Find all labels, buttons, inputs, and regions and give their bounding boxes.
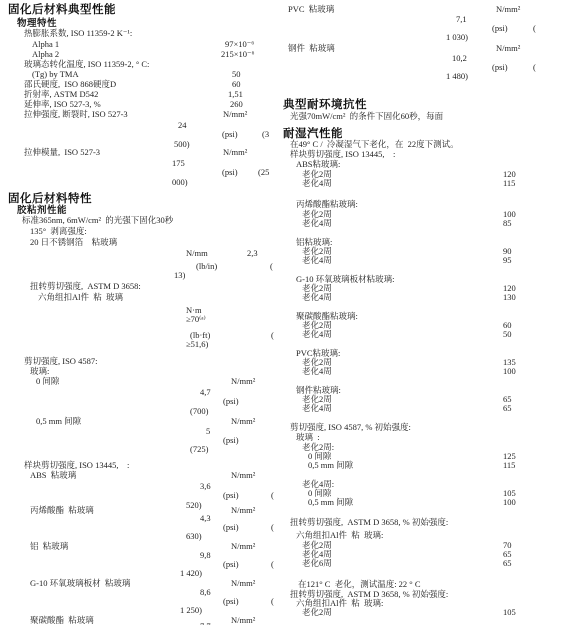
text-line: (725): [190, 445, 208, 454]
text-line: 老化4周: [302, 219, 332, 228]
text-line: 630): [186, 532, 202, 541]
text-line: 3,6: [200, 482, 211, 491]
text-line: 玻璃 :: [296, 433, 320, 442]
text-line: PVC 粘玻璃: [288, 5, 334, 14]
text-line: 扭转剪切强度, ASTM D 3658:: [30, 282, 141, 291]
text-line: (: [271, 331, 274, 340]
text-line: 100: [503, 367, 516, 376]
text-line: (psi): [222, 168, 238, 177]
text-line: (: [533, 63, 536, 72]
text-line: (psi): [223, 597, 239, 606]
text-line: N/mm²: [231, 377, 255, 386]
text-line: (: [271, 523, 274, 532]
text-line: ABS 粘玻璃: [30, 471, 76, 480]
text-line: 折射率, ASTM D542: [24, 90, 98, 99]
text-line: N/mm²: [496, 44, 520, 53]
text-line: N/mm²: [231, 542, 255, 551]
section-heading: 典型耐环境抗性: [283, 99, 367, 111]
text-line: 1 250): [180, 606, 202, 615]
text-line: 老化4周: [302, 256, 332, 265]
text-line: N/mm²: [223, 110, 247, 119]
text-line: 热膨胀系数, ISO 11359-2 K⁻¹:: [24, 29, 132, 38]
text-line: 0,5 mm 间隙: [36, 417, 81, 426]
text-line: 60: [232, 80, 241, 89]
text-line: 4,7: [200, 388, 211, 397]
text-line: 钢件 粘玻璃: [288, 44, 335, 53]
text-line: 175: [172, 159, 185, 168]
text-line: 0,5 mm 间隙: [308, 498, 353, 507]
section-heading: 固化后材料典型性能: [8, 4, 116, 16]
text-line: N/mm²: [223, 148, 247, 157]
text-line: (3: [262, 130, 269, 139]
text-line: N/mm²: [231, 579, 255, 588]
text-line: 50: [503, 330, 512, 339]
text-line: N/mm²: [231, 417, 255, 426]
text-line: 0,5 mm 间隙: [308, 461, 353, 470]
text-line: 215×10⁻⁶: [221, 50, 255, 59]
text-line: 0 间隙: [36, 377, 59, 386]
text-line: 65: [503, 404, 512, 413]
text-line: 50: [232, 70, 241, 79]
text-line: Alpha 1: [32, 40, 59, 49]
text-line: N/mm: [186, 249, 208, 258]
text-line: (psi): [223, 491, 239, 500]
text-line: 标准365nm, 6mW/cm² 的光强下固化30秒: [22, 216, 173, 225]
text-line: 在121° C 老化，测试温度: 22 ° C: [298, 580, 421, 589]
text-line: 剪切强度, ISO 4587:: [24, 357, 97, 366]
text-line: 老化4周: [302, 330, 332, 339]
text-line: 1 480): [446, 72, 468, 81]
text-line: 老化2周: [302, 608, 332, 617]
text-line: 老化4周: [302, 367, 332, 376]
text-line: (: [533, 24, 536, 33]
text-line: 丙烯酸酯 粘玻璃: [30, 506, 94, 515]
text-line: (psi): [222, 130, 238, 139]
text-line: (psi): [492, 63, 508, 72]
text-line: (700): [190, 407, 208, 416]
text-line: 老化4周: [302, 179, 332, 188]
text-line: 9,8: [200, 551, 211, 560]
text-line: 130: [503, 293, 516, 302]
text-line: 玻璃:: [30, 367, 49, 376]
text-line: 95: [503, 256, 512, 265]
text-line: (psi): [223, 436, 239, 445]
text-line: 老化4周: [302, 404, 332, 413]
text-line: 115: [503, 179, 515, 188]
text-line: (psi): [223, 523, 239, 532]
text-line: 8,6: [200, 588, 211, 597]
text-line: 1,51: [228, 90, 243, 99]
text-line: 扭转剪切强度, ASTM D 3658, % 初始强度:: [290, 518, 448, 527]
text-line: 10,2: [452, 54, 467, 63]
text-line: 520): [186, 501, 202, 510]
text-line: 2,3: [247, 249, 258, 258]
text-line: 105: [503, 608, 516, 617]
text-line: 7,1: [456, 15, 467, 24]
text-line: (psi): [492, 24, 508, 33]
text-line: 延伸率, ISO 527-3, %: [24, 100, 101, 109]
section-heading: 固化后材料特性: [8, 193, 92, 205]
text-line: (: [271, 491, 274, 500]
text-line: 4,3: [200, 514, 211, 523]
text-line: (lb/in): [196, 262, 217, 271]
text-line: N/mm²: [231, 471, 255, 480]
text-line: 铝 粘玻璃: [30, 542, 68, 551]
text-line: 100: [503, 498, 516, 507]
text-line: 老化4周: [302, 293, 332, 302]
text-line: Alpha 2: [32, 50, 59, 59]
text-line: 剪切强度, ISO 4587, % 初始强度:: [290, 423, 411, 432]
text-line: (psi): [223, 560, 239, 569]
text-line: ≥70⁽ᵃ⁾: [186, 315, 206, 324]
text-line: 500): [174, 140, 190, 149]
text-line: 24: [178, 121, 187, 130]
text-line: 000): [172, 178, 188, 187]
text-line: 邵氏硬度, ISO 868硬度D: [24, 80, 116, 89]
datasheet-page: 固化后材料典型性能物理特性热膨胀系数, ISO 11359-2 K⁻¹:Alph…: [0, 0, 563, 625]
text-line: N/mm²: [231, 506, 255, 515]
text-line: 20 日不锈钢箔 粘玻璃: [30, 238, 117, 247]
text-line: 1 030): [446, 33, 468, 42]
text-line: 65: [503, 559, 512, 568]
text-line: 135° 剥离强度:: [30, 227, 87, 236]
text-line: 样块剪切强度, ISO 13445, :: [290, 150, 395, 159]
text-line: ABS粘玻璃:: [296, 160, 340, 169]
text-line: N/mm²: [231, 616, 255, 625]
text-line: 85: [503, 219, 512, 228]
text-line: (: [271, 597, 274, 606]
text-line: ≥51,6): [186, 340, 208, 349]
text-line: 丙烯酸酯粘玻璃:: [296, 200, 358, 209]
text-line: 聚碳酸酯 粘玻璃: [30, 616, 94, 625]
text-line: 97×10⁻⁶: [225, 40, 254, 49]
text-line: 六角组扣Al件 粘 玻璃: [38, 293, 123, 302]
text-line: 115: [503, 461, 515, 470]
text-line: 拉伸强度, 断裂时, ISO 527-3: [24, 110, 128, 119]
text-line: 260: [230, 100, 243, 109]
text-line: 六角组扣Al件 粘 玻璃:: [296, 531, 383, 540]
text-line: (psi): [223, 397, 239, 406]
text-line: 光强70mW/cm² 的条件下固化60秒，每面: [290, 112, 443, 121]
text-line: (25: [258, 168, 269, 177]
text-line: (: [271, 560, 274, 569]
text-line: 1 420): [180, 569, 202, 578]
text-line: 5: [206, 427, 210, 436]
text-line: G-10 环氧玻璃板材 粘玻璃: [30, 579, 130, 588]
text-line: 拉伸模量, ISO 527-3: [24, 148, 100, 157]
text-line: 在49° C / 冷凝湿气下老化，在 22度下测试。: [290, 140, 459, 149]
text-line: 样块剪切强度, ISO 13445, :: [24, 461, 129, 470]
text-line: 玻璃态转化温度, ISO 11359-2, ° C:: [24, 60, 149, 69]
text-line: (Tg) by TMA: [32, 70, 79, 79]
text-line: 老化6周: [302, 559, 332, 568]
text-line: N/mm²: [496, 5, 520, 14]
text-line: 13): [174, 271, 185, 280]
text-line: (: [270, 262, 273, 271]
